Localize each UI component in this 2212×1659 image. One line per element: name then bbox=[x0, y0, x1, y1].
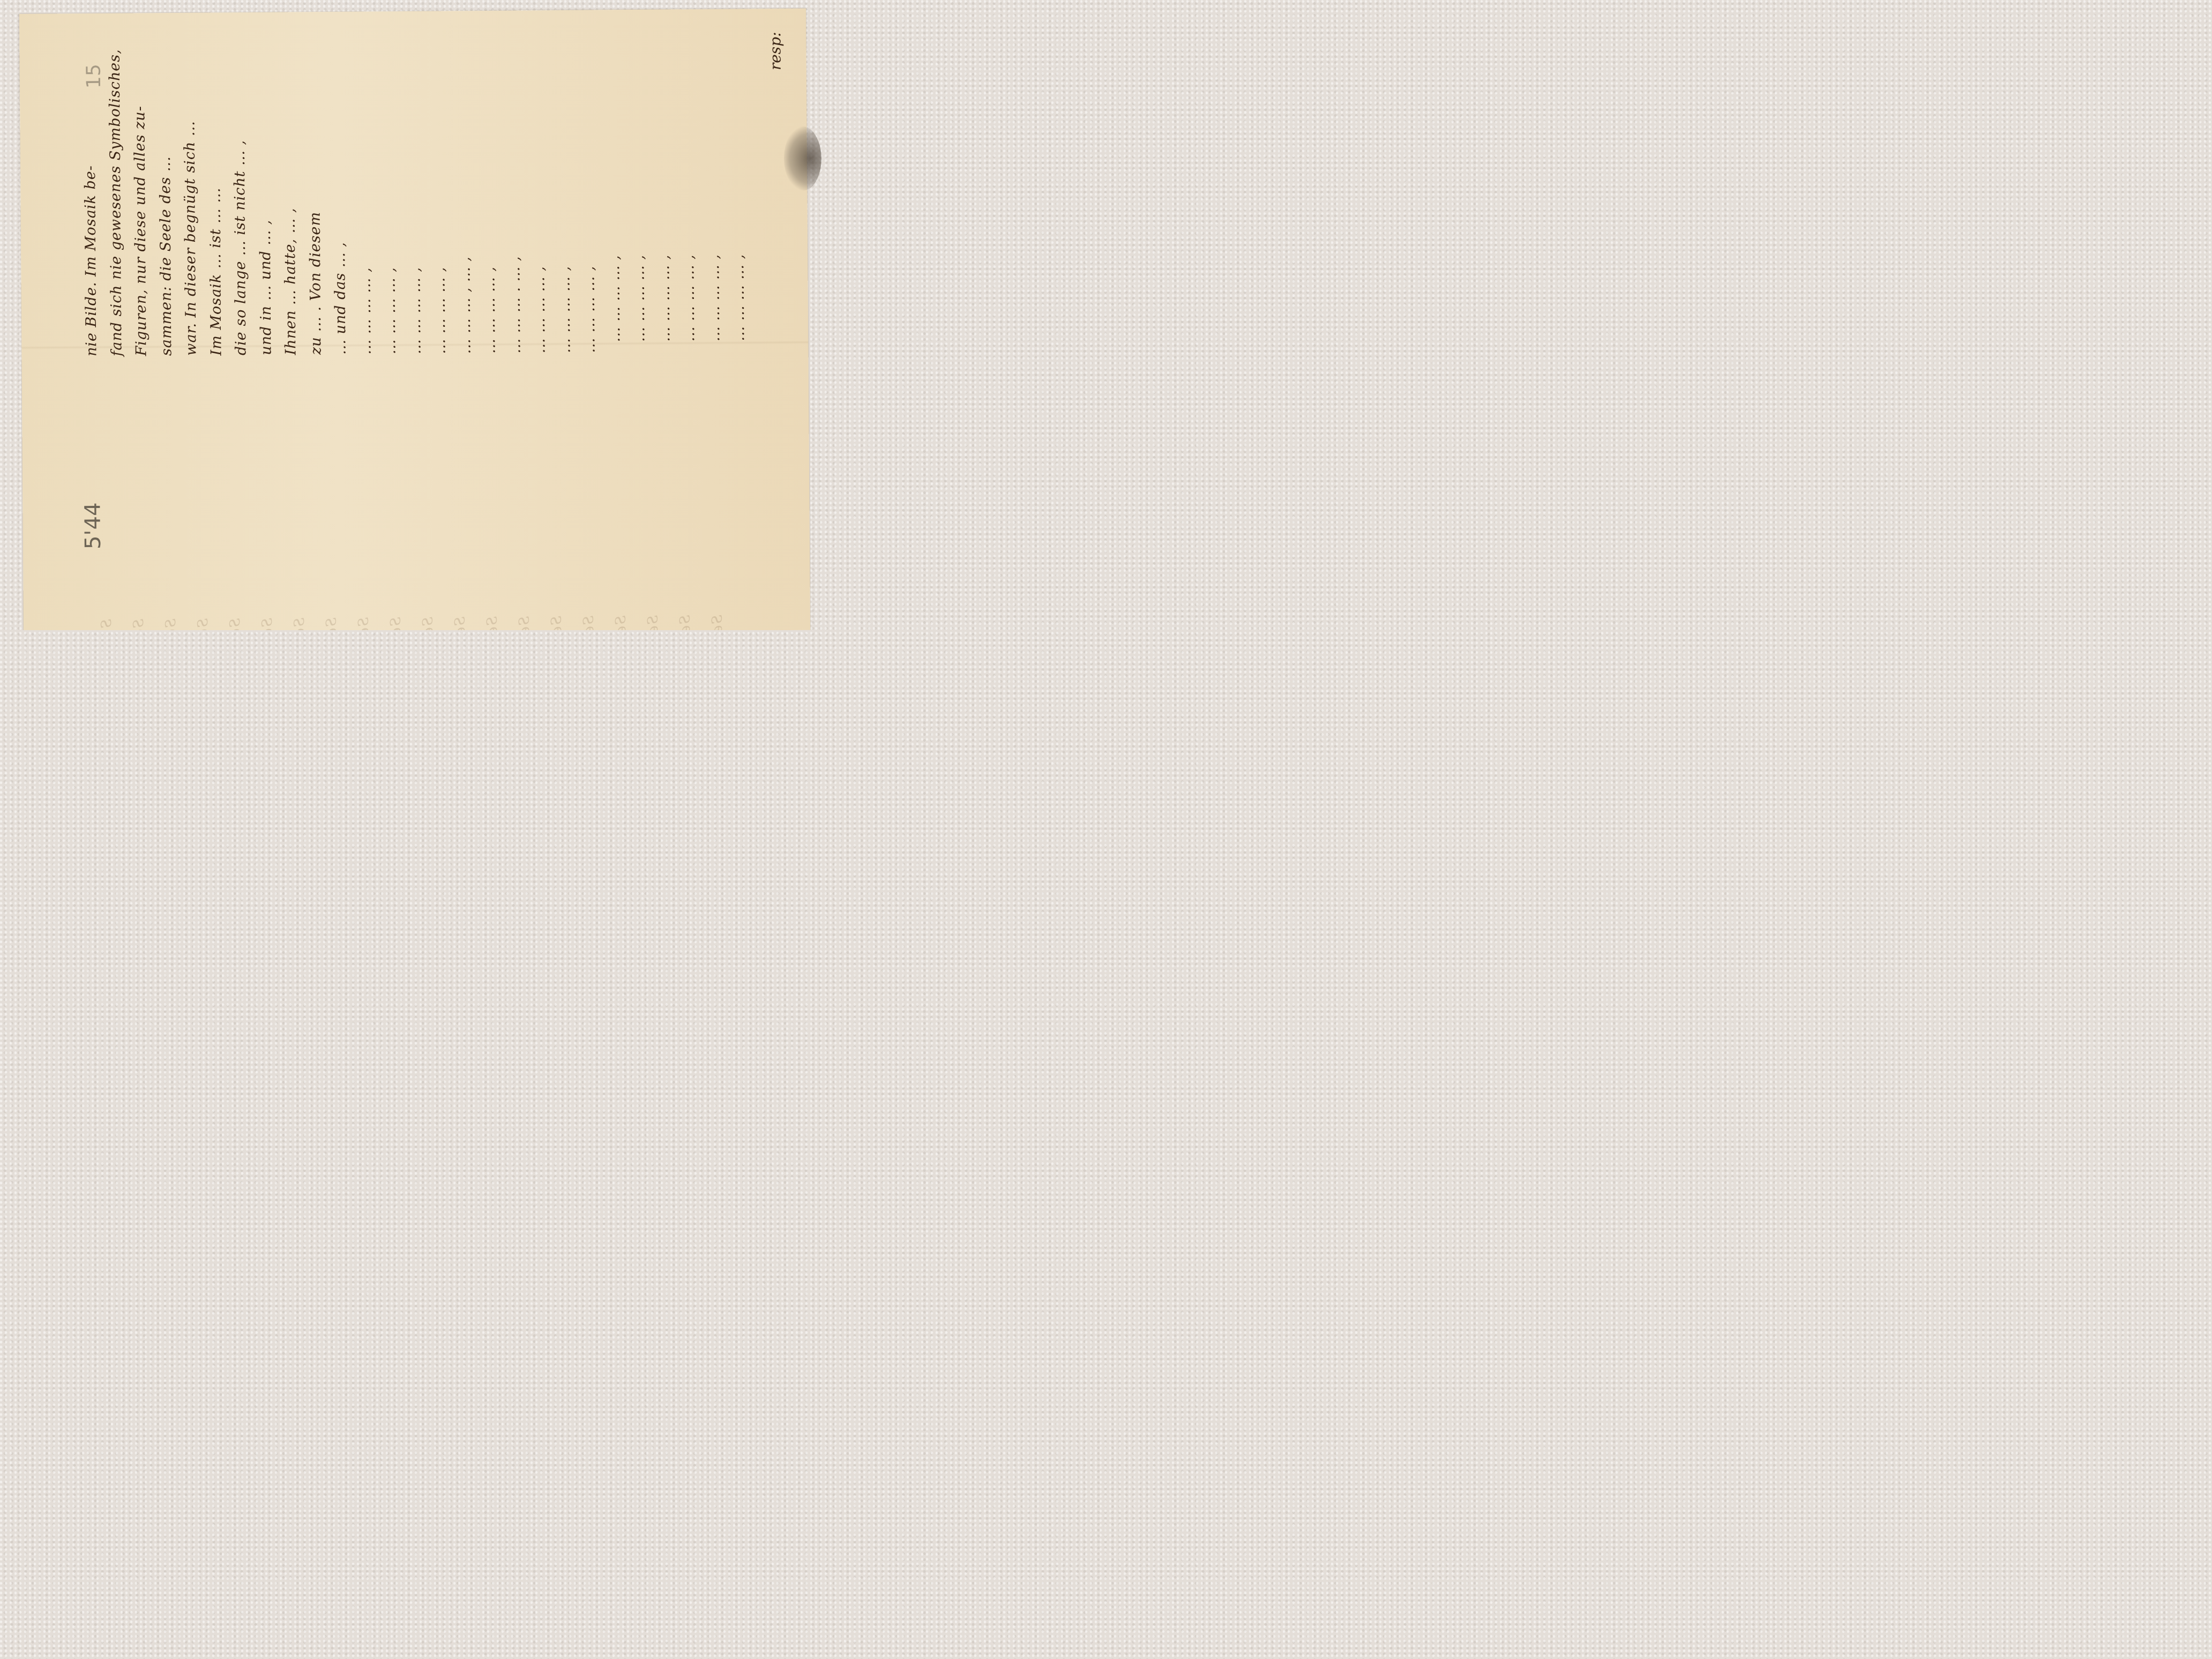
text-line: ... ... ... ... , bbox=[407, 267, 424, 354]
ghost-line: Sehr gewiss ist der Sinn der Bilder nich… bbox=[163, 618, 181, 630]
text-line: ... ... ... ... , bbox=[357, 267, 374, 354]
text-line: nie Bilde. Im Mosaik be- bbox=[82, 165, 100, 356]
ghost-line: Sehr gewiss ist der Sinn der Bilder nich… bbox=[549, 616, 567, 630]
text-line: ... ... ... ... , bbox=[681, 254, 698, 341]
bleed-through-text: Sehr gewiss ist der Sinn der Bilder nich… bbox=[19, 9, 806, 14]
text-line: ... ... ... ... , bbox=[606, 255, 623, 342]
ink-smudge bbox=[784, 126, 822, 191]
catchword: resp: bbox=[766, 32, 784, 70]
manuscript-page: Sehr gewiss ist der Sinn der Bilder nich… bbox=[19, 9, 810, 630]
text-line: ... ... ... ... , bbox=[556, 266, 573, 353]
text-line: ... ... ... ... , bbox=[531, 266, 548, 353]
ghost-line: Sehr gewiss ist der Sinn der Bilder nich… bbox=[517, 616, 535, 630]
ghost-line: Sehr gewiss ist der Sinn der Bilder nich… bbox=[292, 617, 310, 630]
text-line: ... ... ... ... , bbox=[656, 255, 673, 342]
text-line: ... ... ... ... , bbox=[730, 254, 748, 341]
ghost-line: Sehr gewiss ist der Sinn der Bilder nich… bbox=[645, 615, 663, 630]
text-line: war. In dieser begnügt sich ... bbox=[181, 121, 199, 356]
text-line: Ihnen ... hatte, ... , bbox=[282, 207, 300, 355]
ghost-line: Sehr gewiss ist der Sinn der Bilder nich… bbox=[677, 615, 696, 630]
text-line: ... ... ... ... , bbox=[481, 266, 498, 354]
text-line: ... ... ... ... , bbox=[382, 267, 399, 354]
ghost-line: Sehr gewiss ist der Sinn der Bilder nich… bbox=[195, 618, 213, 630]
text-line: Figuren, nur diese und alles zu- bbox=[131, 106, 150, 356]
ghost-line: Sehr gewiss ist der Sinn der Bilder nich… bbox=[484, 616, 503, 630]
text-line: Im Mosaik ... ist ... ... bbox=[207, 188, 225, 356]
ghost-line: Sehr gewiss ist der Sinn der Bilder nich… bbox=[259, 618, 278, 630]
ghost-line: Sehr gewiss ist der Sinn der Bilder nich… bbox=[227, 618, 245, 630]
text-line: ... ... ... ... , bbox=[581, 266, 598, 353]
text-line: ... ... ... ... , bbox=[706, 254, 723, 341]
folio-number: 15 bbox=[83, 64, 105, 88]
text-line: und in ... und ... , bbox=[257, 220, 274, 355]
ghost-line: Sehr gewiss ist der Sinn der Bilder nich… bbox=[420, 617, 438, 630]
text-line: ... und das ... , bbox=[332, 242, 349, 355]
ghost-line: Sehr gewiss ist der Sinn der Bilder nich… bbox=[452, 616, 470, 630]
ghost-line: Sehr gewiss ist der Sinn der Bilder nich… bbox=[613, 615, 631, 630]
ghost-line: Sehr gewiss ist der Sinn der Bilder nich… bbox=[709, 615, 728, 630]
text-line: ... ... ... ... , bbox=[631, 255, 648, 342]
ghost-line: Sehr gewiss ist der Sinn der Bilder nich… bbox=[356, 617, 374, 630]
ghost-line: Sehr gewiss ist der Sinn der Bilder nich… bbox=[581, 616, 599, 630]
text-line: ... ... ... , ... , bbox=[457, 256, 474, 354]
inventory-mark: 5'44 bbox=[80, 503, 106, 550]
ghost-line: Sehr gewiss ist der Sinn der Bilder nich… bbox=[388, 617, 406, 630]
text-line: zu ... . Von diesem bbox=[307, 212, 324, 355]
ghost-line: Sehr gewiss ist der Sinn der Bilder nich… bbox=[131, 618, 149, 630]
text-line: sammen: die Seele des ... bbox=[156, 156, 175, 356]
text-line: fand sich nie gewesenes Symbolisches, bbox=[106, 49, 125, 356]
text-line: die so lange ... ist nicht ... , bbox=[231, 140, 250, 355]
text-line: ... ... ... . ... , bbox=[506, 256, 524, 353]
ghost-line: Sehr gewiss ist der Sinn der Bilder nich… bbox=[324, 617, 342, 630]
handwritten-text: nie Bilde. Im Mosaik be-fand sich nie ge… bbox=[19, 9, 806, 14]
ghost-line: Sehr gewiss ist der Sinn der Bilder nich… bbox=[99, 619, 117, 630]
text-line: ... ... ... ... , bbox=[431, 267, 449, 354]
